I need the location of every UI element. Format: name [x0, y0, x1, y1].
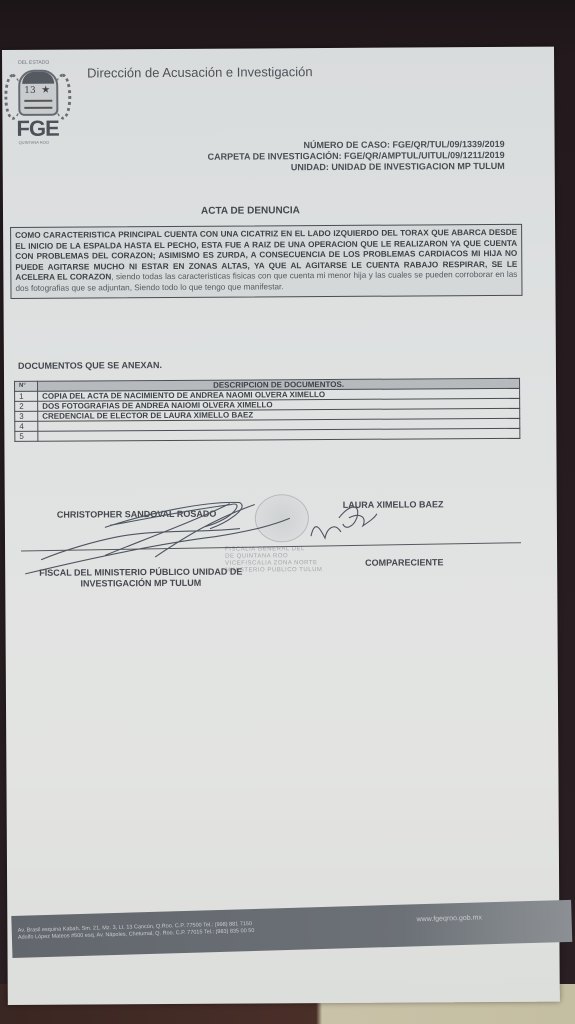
row-description [38, 428, 520, 441]
documents-table: N° DESCRIPCION DE DOCUMENTOS. 1 COPIA DE… [14, 378, 520, 442]
documents-title: DOCUMENTOS QUE SE ANEXAN. [18, 360, 162, 371]
row-number: 3 [15, 411, 38, 421]
row-number: 5 [15, 431, 38, 441]
unit: UNIDAD: UNIDAD DE INVESTIGACION MP TULUM [208, 161, 505, 174]
logo-state: QUINTANA ROO [19, 140, 49, 145]
footer-address: Av. Brasil esquina Kabah, Sm. 21, Mz. 3,… [18, 921, 255, 942]
role-line: FISCAL DEL MINISTERIO PÚBLICO UNIDAD DE [39, 567, 242, 579]
prosecutor-role: FISCAL DEL MINISTERIO PÚBLICO UNIDAD DE … [39, 567, 242, 590]
official-seal-stamp [255, 494, 309, 542]
fge-logo: DEL ESTADO 13 ★ FGE QUINTANA ROO [4, 60, 73, 150]
logo-acronym: FGE [16, 116, 58, 142]
logo-top-text: DEL ESTADO [18, 60, 49, 66]
row-number: 2 [15, 401, 38, 411]
shield-icon: 13 ★ [18, 70, 58, 116]
row-number: 4 [15, 421, 38, 431]
header-number: N° [15, 381, 38, 391]
footer-band: Av. Brasil esquina Kabah, Sm. 21, Mz. 3,… [11, 900, 572, 958]
table-row: 5 [15, 428, 520, 441]
role-line: INVESTIGACIÓN MP TULUM [39, 578, 242, 590]
department-title: Dirección de Acusación e Investigación [87, 64, 313, 80]
waves-icon [24, 100, 52, 109]
case-info: NÚMERO DE CASO: FGE/QR/TUL/09/1339/2019 … [207, 139, 504, 174]
complainant-name: LAURA XIMELLO BAEZ [343, 499, 444, 510]
acta-title: ACTA DE DENUNCIA [201, 205, 300, 217]
sun-dome-icon [22, 72, 54, 84]
document-page: DEL ESTADO 13 ★ FGE QUINTANA ROO Direcci… [2, 47, 560, 1005]
star-icon: ★ [41, 85, 50, 96]
row-number: 1 [15, 391, 38, 401]
prosecutor-name: CHRISTOPHER SANDOVAL ROSADO [57, 509, 217, 520]
footer-website: www.fgeqroo.gob.mx [416, 914, 482, 923]
statement-box: COMO CARACTERISTICA PRINCIPAL CUENTA CON… [10, 224, 522, 299]
complainant-role: COMPARECIENTE [365, 557, 443, 567]
shield-number: 13 [24, 86, 36, 96]
complainant-signature [311, 507, 377, 538]
